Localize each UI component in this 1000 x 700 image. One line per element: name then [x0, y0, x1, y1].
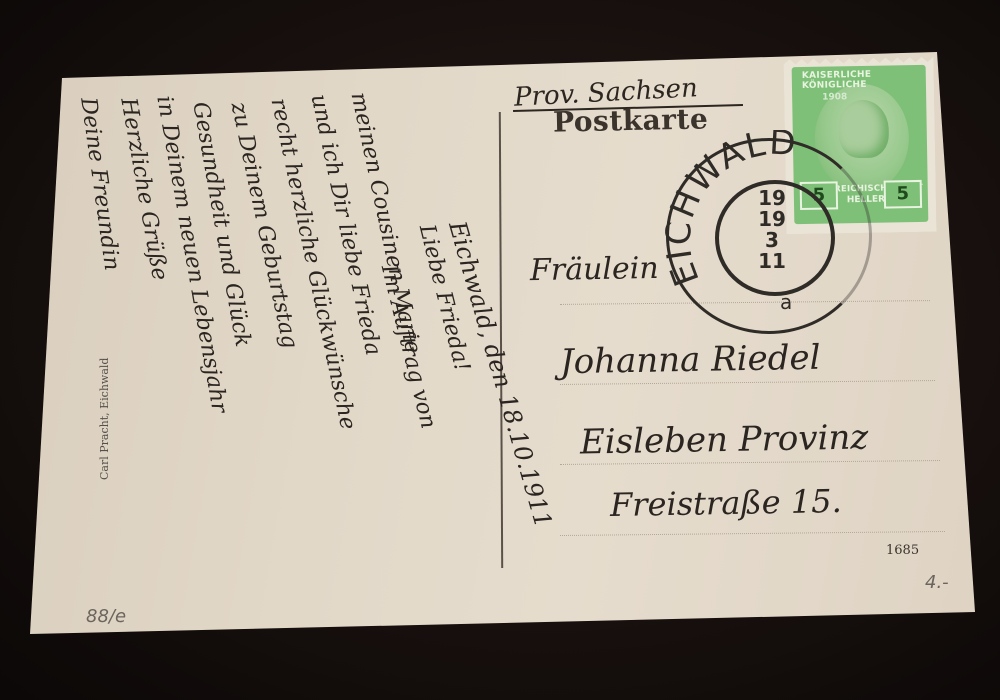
printer-imprint: Carl Pracht, Eichwald	[98, 358, 111, 480]
postcard: Prov. Sachsen Postkarte KAISERLICHE KÖNI…	[0, 0, 1000, 700]
address-city: Eisleben Provinz	[580, 417, 869, 462]
address-name: Johanna Riedel	[560, 338, 821, 383]
postmark-year: 11	[757, 251, 787, 272]
postmark-day: 19	[757, 188, 787, 209]
stamp-year: 1908	[822, 92, 847, 102]
address-street: Freistraße 15.	[610, 482, 842, 524]
pencil-price: 4.-	[925, 572, 949, 593]
postmark-suffix: a	[780, 290, 792, 314]
stamp-value-right: 5	[884, 180, 922, 209]
card-number: 1685	[886, 543, 919, 558]
stamp-inscription-top: KAISERLICHE KÖNIGLICHE	[802, 69, 926, 91]
address-salutation: Fräulein	[530, 251, 659, 288]
postmark-date: 19 19 3 11	[757, 188, 787, 272]
postmark-month: 19	[757, 209, 787, 230]
pencil-code: 88/e	[86, 606, 126, 627]
postmark-hour: 3	[757, 230, 787, 251]
